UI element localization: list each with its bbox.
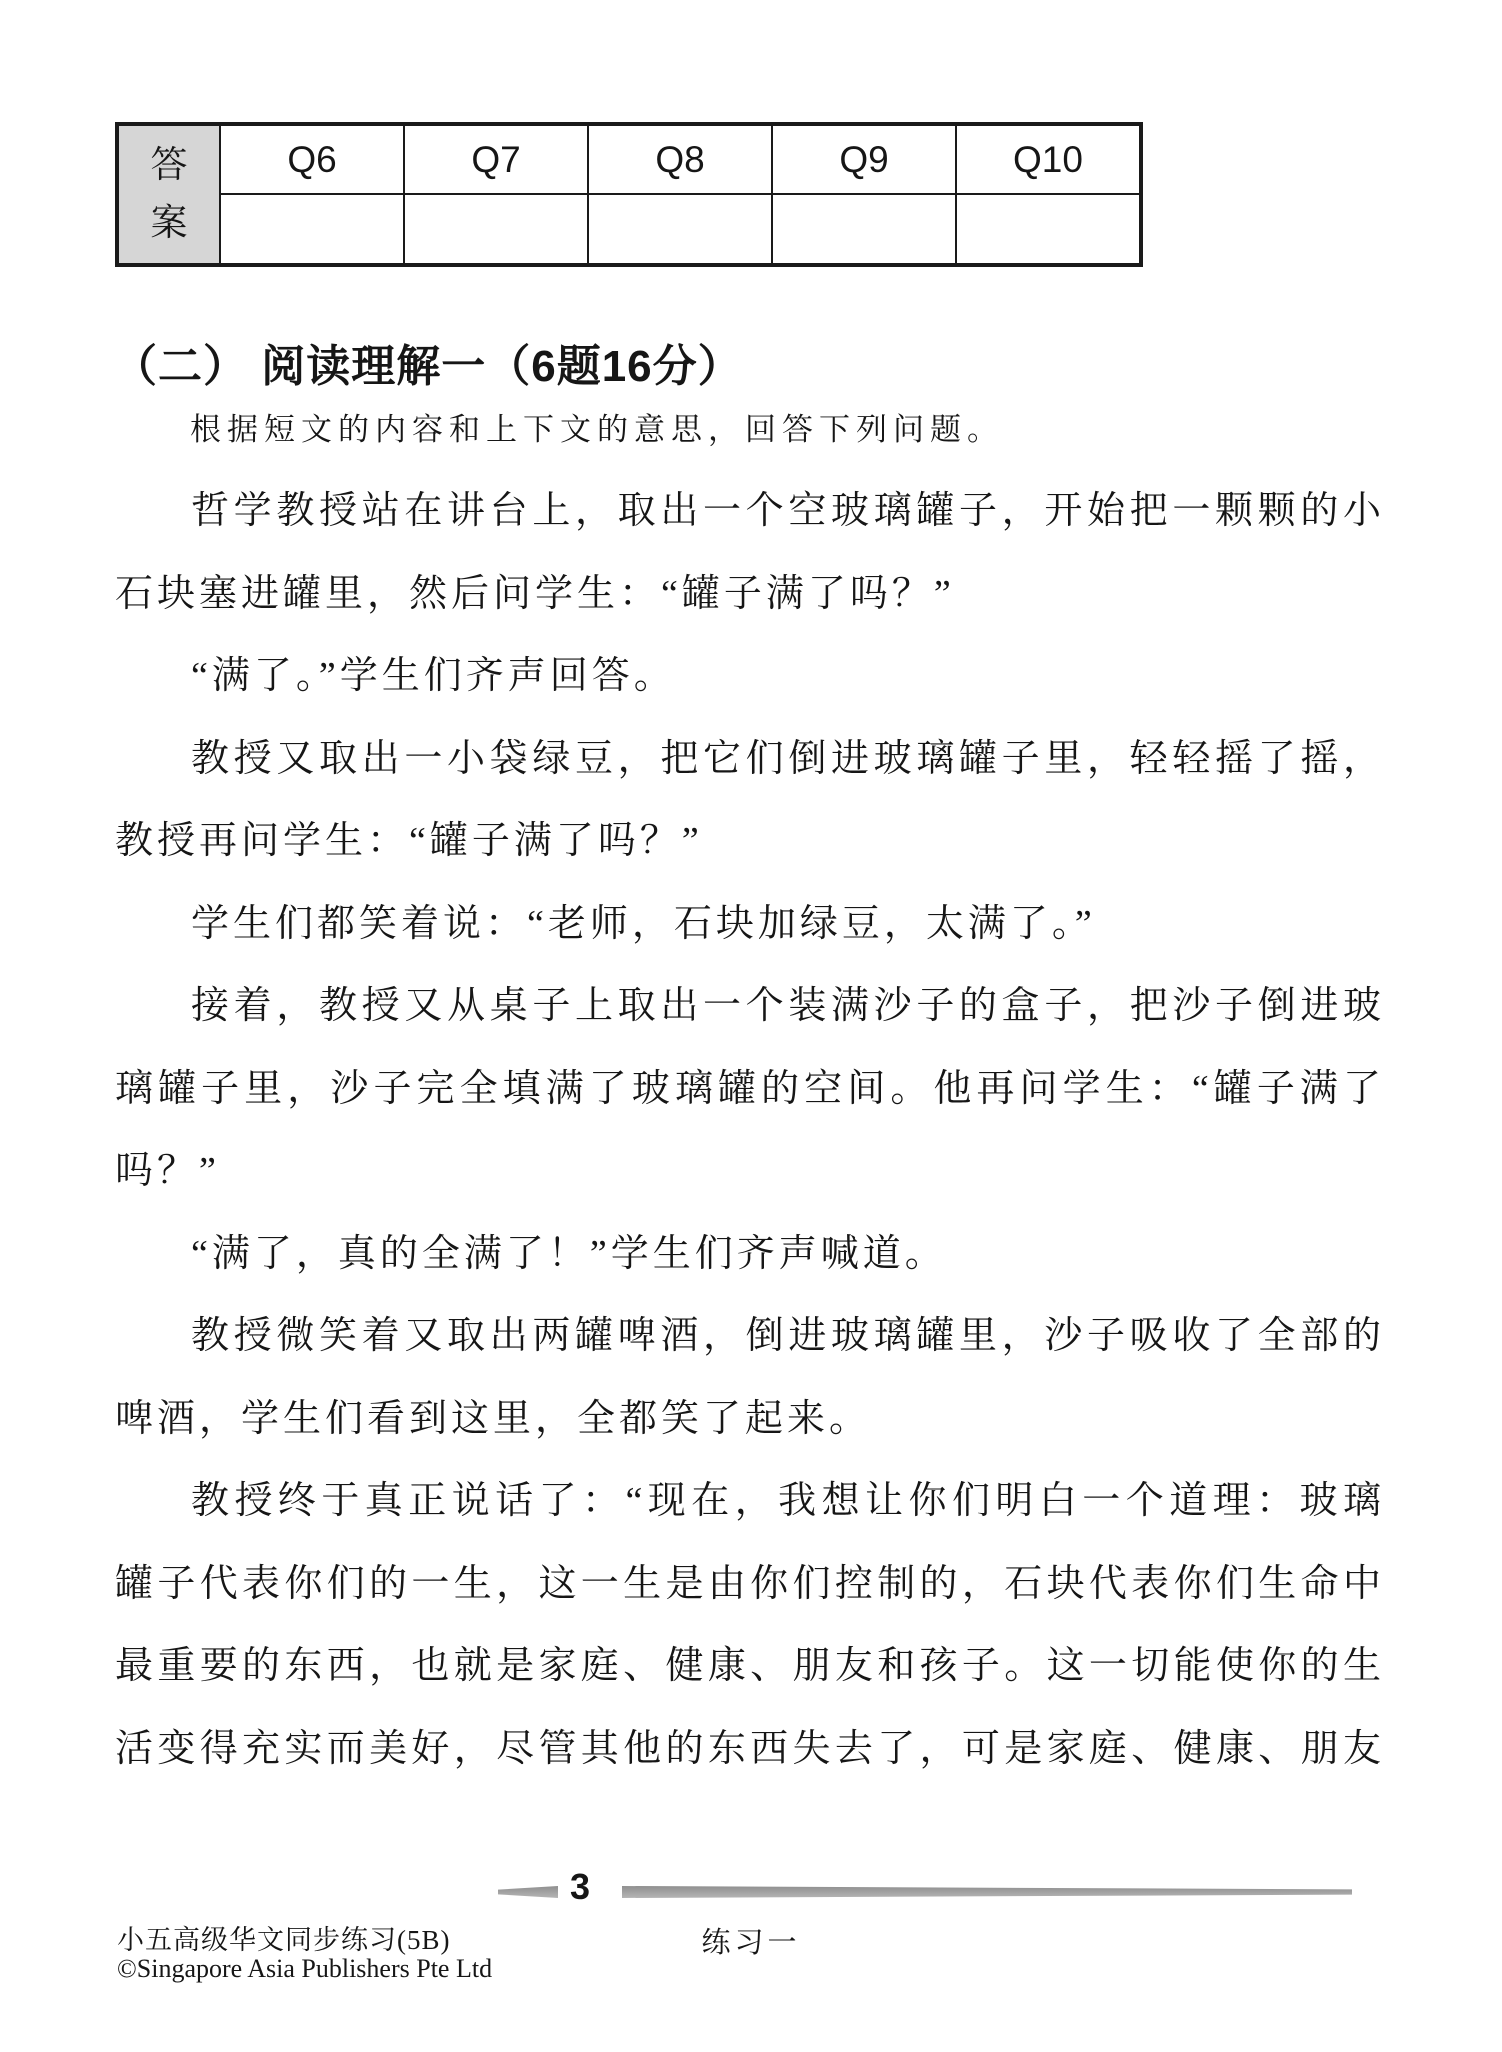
story-line: 吗？” bbox=[115, 1130, 1385, 1213]
story-line: 教授再问学生：“罐子满了吗？” bbox=[115, 800, 1385, 883]
answer-cell-q8 bbox=[588, 194, 772, 265]
answer-cell-q6 bbox=[220, 194, 404, 265]
answer-cell-q7 bbox=[404, 194, 588, 265]
story-line: 璃罐子里，沙子完全填满了玻璃罐的空间。他再问学生：“罐子满了 bbox=[115, 1048, 1385, 1131]
page-number: 3 bbox=[550, 1866, 610, 1908]
story-line: 学生们都笑着说：“老师，石块加绿豆，太满了。” bbox=[115, 883, 1385, 966]
answers-table-header-q8: Q8 bbox=[588, 124, 772, 194]
story-line: “满了。”学生们齐声回答。 bbox=[115, 635, 1385, 718]
answers-table-label: 答案 bbox=[149, 137, 189, 252]
answers-table: 答案 Q6 Q7 Q8 Q9 Q10 bbox=[115, 122, 1143, 267]
answer-cell-q10 bbox=[956, 194, 1141, 265]
story-line: 最重要的东西，也就是家庭、健康、朋友和孩子。这一切能使你的生 bbox=[115, 1625, 1385, 1708]
answers-table-header-q9: Q9 bbox=[772, 124, 956, 194]
page-number-divider-left bbox=[498, 1886, 558, 1898]
story-line: 石块塞进罐里，然后问学生：“罐子满了吗？” bbox=[115, 553, 1385, 636]
story-line: “满了，真的全满了！”学生们齐声喊道。 bbox=[115, 1213, 1385, 1296]
story-line: 啤酒，学生们看到这里，全都笑了起来。 bbox=[115, 1378, 1385, 1461]
answers-table-header-q10: Q10 bbox=[956, 124, 1141, 194]
story-line: 教授又取出一小袋绿豆，把它们倒进玻璃罐子里，轻轻摇了摇， bbox=[115, 718, 1385, 801]
story-line: 活变得充实而美好，尽管其他的东西失去了，可是家庭、健康、朋友 bbox=[115, 1708, 1385, 1791]
story-line: 罐子代表你们的一生，这一生是由你们控制的，石块代表你们生命中 bbox=[115, 1543, 1385, 1626]
story-line: 接着，教授又从桌子上取出一个装满沙子的盒子，把沙子倒进玻 bbox=[115, 965, 1385, 1048]
worksheet-page: 答案 Q6 Q7 Q8 Q9 Q10 （二） 阅读理解一（6题16分） 根据短文… bbox=[0, 0, 1502, 2052]
answers-table-header-q6: Q6 bbox=[220, 124, 404, 194]
answers-table-label-cell: 答案 bbox=[117, 124, 220, 265]
answer-cell-q9 bbox=[772, 194, 956, 265]
answers-table-header-q7: Q7 bbox=[404, 124, 588, 194]
page-number-divider-right bbox=[622, 1886, 1352, 1898]
story-text: 哲学教授站在讲台上，取出一个空玻璃罐子，开始把一颗颗的小 石块塞进罐里，然后问学… bbox=[115, 470, 1385, 1790]
footer-exercise-label: 练习一 bbox=[0, 1920, 1502, 1961]
story-line: 教授终于真正说话了：“现在，我想让你们明白一个道理：玻璃 bbox=[115, 1460, 1385, 1543]
story-line: 哲学教授站在讲台上，取出一个空玻璃罐子，开始把一颗颗的小 bbox=[115, 470, 1385, 553]
story-line: 教授微笑着又取出两罐啤酒，倒进玻璃罐里，沙子吸收了全部的 bbox=[115, 1295, 1385, 1378]
instruction-text: 根据短文的内容和上下文的意思，回答下列问题。 bbox=[190, 404, 1004, 449]
section-heading: （二） 阅读理解一（6题16分） bbox=[113, 330, 743, 394]
